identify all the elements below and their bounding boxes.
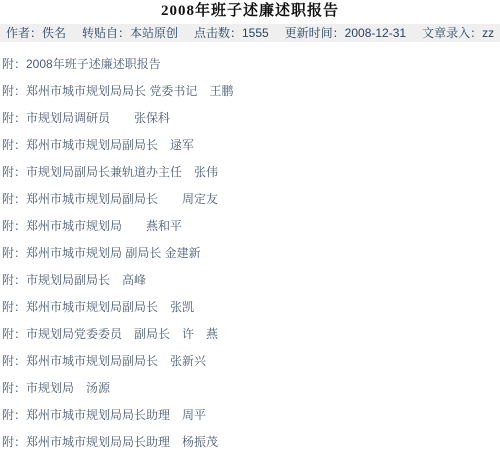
attachment-link-jinjianxin[interactable]: 附：郑州市城市规划局 副局长 金建新 (2, 240, 500, 267)
attachment-link-yanheping[interactable]: 附：郑州市城市规划局 燕和平 (2, 213, 500, 240)
attachment-link-lujun[interactable]: 附：郑州市城市规划局副局长 逯军 (2, 132, 500, 159)
attachment-link-tangyuan[interactable]: 附：市规划局 汤源 (2, 375, 500, 402)
attachment-link-xuyan[interactable]: 附：市规划局党委委员 副局长 许 燕 (2, 321, 500, 348)
meta-source: 转贴自：本站原创 (82, 24, 178, 42)
attachment-list: 附：2008年班子述廉述职报告 附：郑州市城市规划局局长 党委书记 王鹏 附：市… (0, 42, 500, 456)
attachment-link-zhangbaoke[interactable]: 附：市规划局调研员 张保科 (2, 105, 500, 132)
attachment-link-yangzhenmao[interactable]: 附：郑州市城市规划局局长助理 杨振茂 (2, 429, 500, 456)
attachment-link-wangpeng[interactable]: 附：郑州市城市规划局局长 党委书记 王鹏 (2, 78, 500, 105)
meta-entry: 文章录入：zz (422, 24, 494, 42)
attachment-link-zhangkai[interactable]: 附：郑州市城市规划局副局长 张凯 (2, 294, 500, 321)
meta-clicks: 点击数：1555 (194, 24, 269, 42)
attachment-link-report[interactable]: 附：2008年班子述廉述职报告 (2, 51, 500, 78)
page-title: 2008年班子述廉述职报告 (0, 2, 500, 21)
article-meta-bar: 【 作者：佚名 转贴自：本站原创 点击数：1555 更新时间：2008-12-3… (0, 24, 500, 42)
attachment-link-zhangxinxing[interactable]: 附：郑州市城市规划局副局长 张新兴 (2, 348, 500, 375)
meta-author: 作者：佚名 (6, 24, 66, 42)
attachment-link-gaofeng[interactable]: 附：市规划局副局长 高峰 (2, 267, 500, 294)
attachment-link-zhangwei[interactable]: 附：市规划局副局长兼轨道办主任 张伟 (2, 159, 500, 186)
attachment-link-zhouping[interactable]: 附：郑州市城市规划局局长助理 周平 (2, 402, 500, 429)
attachment-link-zhoudingyou[interactable]: 附：郑州市城市规划局副局长 周定友 (2, 186, 500, 213)
meta-updated: 更新时间：2008-12-31 (285, 24, 406, 42)
